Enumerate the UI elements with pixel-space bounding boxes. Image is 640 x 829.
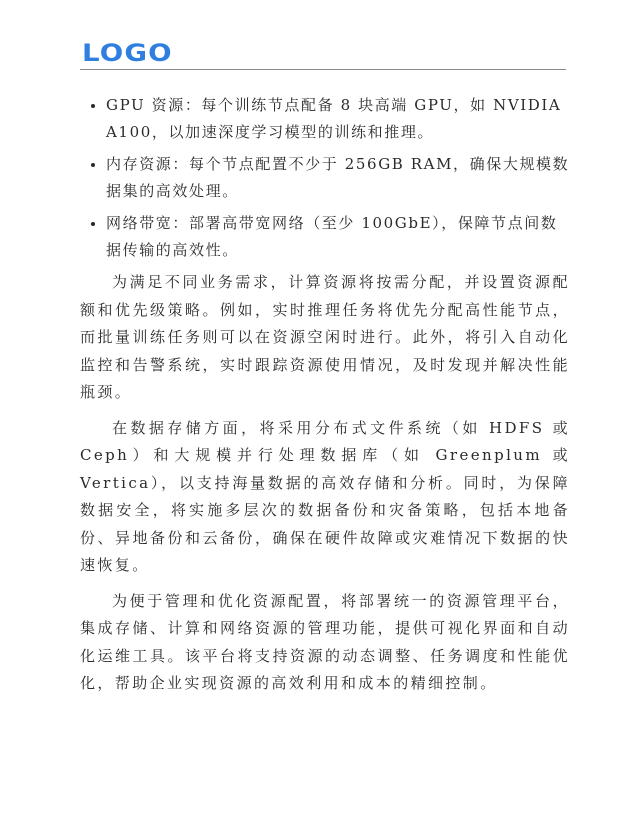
bullet-text: GPU 资源：每个训练节点配备 8 块高端 GPU，如 NVIDIA A100，… — [106, 96, 561, 141]
bullet-item-memory: 内存资源：每个节点配置不少于 256GB RAM，确保大规模数据集的高效处理。 — [80, 151, 570, 205]
bullet-text: 网络带宽：部署高带宽网络（至少 100GbE），保障节点间数据传输的高效性。 — [106, 214, 557, 259]
bullet-text: 内存资源：每个节点配置不少于 256GB RAM，确保大规模数据集的高效处理。 — [106, 155, 569, 200]
bullet-dot-icon — [91, 104, 95, 108]
paragraph-management-platform: 为便于管理和优化资源配置，将部署统一的资源管理平台，集成存储、计算和网络资源的管… — [80, 588, 570, 698]
bullet-dot-icon — [91, 222, 95, 226]
logo: LOGO — [82, 40, 173, 66]
paragraph-resource-allocation: 为满足不同业务需求，计算资源将按需分配，并设置资源配额和优先级策略。例如，实时推… — [80, 269, 570, 407]
page-header: LOGO — [80, 38, 566, 70]
bullet-item-network: 网络带宽：部署高带宽网络（至少 100GbE），保障节点间数据传输的高效性。 — [80, 210, 570, 264]
document-body: GPU 资源：每个训练节点配备 8 块高端 GPU，如 NVIDIA A100，… — [80, 92, 570, 698]
bullet-dot-icon — [91, 163, 95, 167]
resource-bullet-list: GPU 资源：每个训练节点配备 8 块高端 GPU，如 NVIDIA A100，… — [80, 92, 570, 264]
bullet-item-gpu: GPU 资源：每个训练节点配备 8 块高端 GPU，如 NVIDIA A100，… — [80, 92, 570, 146]
paragraph-data-storage: 在数据存储方面，将采用分布式文件系统（如 HDFS 或 Ceph）和大规模并行处… — [80, 415, 570, 580]
